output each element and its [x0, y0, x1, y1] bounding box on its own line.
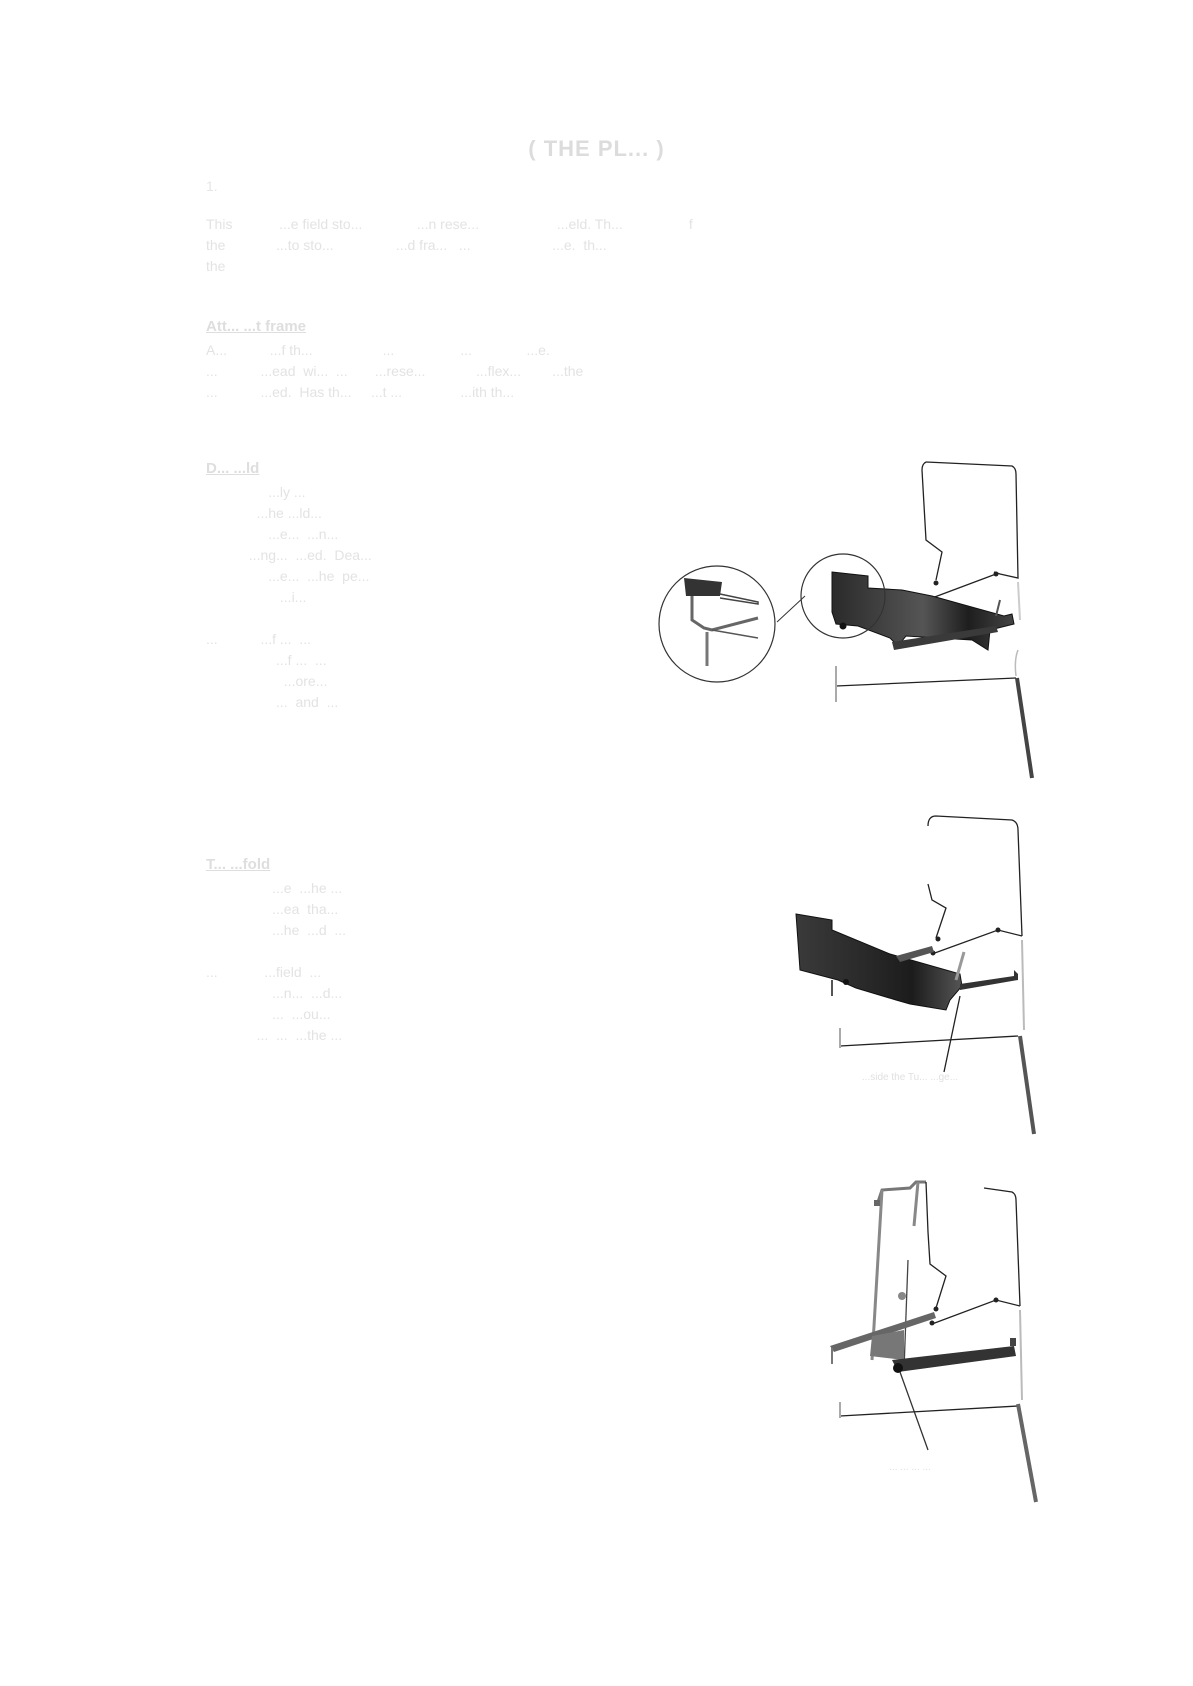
text-line: This ...e field sto... ...n rese... ...e…	[206, 214, 1116, 235]
text-line: ...ea tha...	[206, 899, 626, 920]
text-line: ... ...ed. Has th... ...t ... ...ith th.…	[206, 382, 1116, 403]
text-line: ...e... ...he pe...	[206, 566, 626, 587]
text-line: ... ...ead wi... ... ...rese... ...flex.…	[206, 361, 1116, 382]
text-line: ...ly ...	[206, 482, 626, 503]
section-a-paragraph: A... ...f th... ... ... ...e. ... ...ead…	[206, 340, 1116, 403]
text-line: ...f ... ...	[206, 650, 626, 671]
text-line	[206, 608, 626, 629]
text-line: ... ...field ...	[206, 962, 626, 983]
figure-2-caption: ...side the Tu... ...ge...	[840, 1072, 980, 1084]
text-line: A... ...f th... ... ... ...e.	[206, 340, 1116, 361]
section-number: 1.	[206, 178, 218, 194]
text-line: the ...to sto... ...d fra... ... ...e. t…	[206, 235, 1116, 256]
figure-platform-folding	[760, 800, 1050, 1140]
section-c-paragraph: ...e ...he ... ...ea tha... ...he ...d .…	[206, 878, 626, 1046]
text-line: ...i...	[206, 587, 626, 608]
text-line: ...he ...ld...	[206, 503, 626, 524]
section-b-heading: D... ...ld	[206, 460, 259, 477]
text-line: ...e ...he ...	[206, 878, 626, 899]
document-page: ( THE PL... ) 1. This ...e field sto... …	[0, 0, 1193, 1686]
figure-3-caption: ... ... ... ...	[850, 1462, 970, 1474]
text-line: ...he ...d ...	[206, 920, 626, 941]
text-line: the	[206, 256, 1116, 277]
intro-paragraph: This ...e field sto... ...n rese... ...e…	[206, 214, 1116, 277]
text-line: ...n... ...d...	[206, 983, 626, 1004]
text-line: ...ng... ...ed. Dea...	[206, 545, 626, 566]
page-title: ( THE PL... )	[0, 136, 1193, 162]
section-b-paragraph: ...ly ... ...he ...ld... ...e... ...n...…	[206, 482, 626, 713]
figure-platform-raised-with-detail	[600, 440, 1040, 800]
text-line: ... ...f ... ...	[206, 629, 626, 650]
section-c-heading: T... ...fold	[206, 856, 270, 873]
text-line	[206, 941, 626, 962]
section-a-heading: Att... ...t frame	[206, 318, 306, 335]
text-line: ... and ...	[206, 692, 626, 713]
text-line: ...ore...	[206, 671, 626, 692]
text-line: ... ...ou...	[206, 1004, 626, 1025]
text-line: ... ... ...the ...	[206, 1025, 626, 1046]
text-line: ...e... ...n...	[206, 524, 626, 545]
